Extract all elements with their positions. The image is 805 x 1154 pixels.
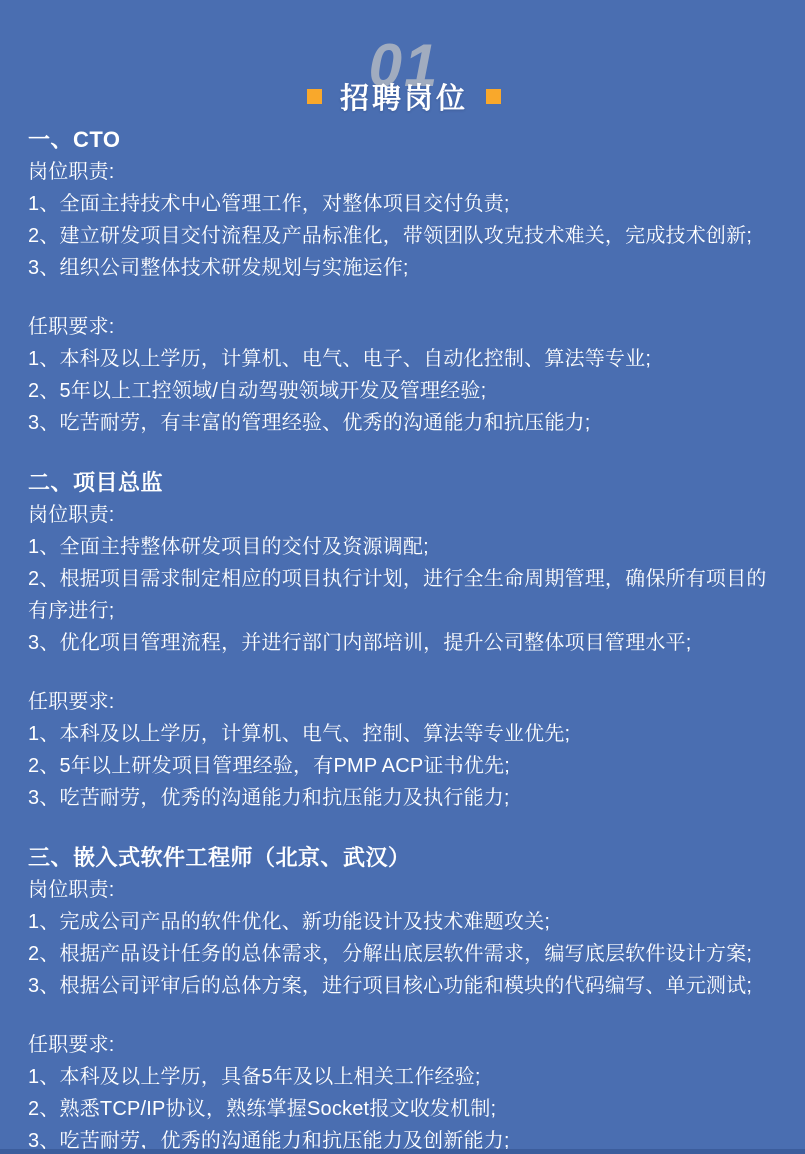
job-heading: 二、项目总监 <box>28 467 780 499</box>
page-title: 招聘岗位 <box>340 76 468 117</box>
duties-block: 岗位职责: 1、完成公司产品的软件优化、新功能设计及技术难题攻关; 2、根据产品… <box>28 874 780 1002</box>
bottom-edge-strip <box>0 1149 805 1154</box>
title-row: 招聘岗位 <box>28 76 780 117</box>
requirements-label: 任职要求: <box>28 311 780 343</box>
requirement-item: 3、吃苦耐劳，有丰富的管理经验、优秀的沟通能力和抗压能力; <box>28 407 780 439</box>
job-section-project-director: 二、项目总监 岗位职责: 1、全面主持整体研发项目的交付及资源调配; 2、根据项… <box>28 467 780 814</box>
duty-item: 2、根据产品设计任务的总体需求，分解出底层软件需求，编写底层软件设计方案; <box>28 938 780 970</box>
duty-item: 3、优化项目管理流程，并进行部门内部培训，提升公司整体项目管理水平; <box>28 627 780 659</box>
requirement-item: 3、吃苦耐劳，优秀的沟通能力和抗压能力及执行能力; <box>28 782 780 814</box>
requirement-item: 1、本科及以上学历，计算机、电气、控制、算法等专业优先; <box>28 718 780 750</box>
job-heading: 三、嵌入式软件工程师（北京、武汉） <box>28 842 780 874</box>
duty-item: 1、全面主持技术中心管理工作，对整体项目交付负责; <box>28 188 780 220</box>
duty-item: 2、根据项目需求制定相应的项目执行计划，进行全生命周期管理，确保所有项目的有序进… <box>28 563 780 627</box>
duties-label: 岗位职责: <box>28 156 780 188</box>
requirement-item: 2、5年以上工控领域/自动驾驶领域开发及管理经验; <box>28 375 780 407</box>
poster-header: 01 招聘岗位 <box>28 0 780 118</box>
requirement-item: 2、5年以上研发项目管理经验，有PMP ACP证书优先; <box>28 750 780 782</box>
duties-block: 岗位职责: 1、全面主持技术中心管理工作，对整体项目交付负责; 2、建立研发项目… <box>28 156 780 284</box>
requirements-block: 任职要求: 1、本科及以上学历，计算机、电气、控制、算法等专业优先; 2、5年以… <box>28 686 780 814</box>
duty-item: 3、根据公司评审后的总体方案，进行项目核心功能和模块的代码编写、单元测试; <box>28 970 780 1002</box>
requirement-item: 1、本科及以上学历，计算机、电气、电子、自动化控制、算法等专业; <box>28 343 780 375</box>
requirements-label: 任职要求: <box>28 686 780 718</box>
duties-label: 岗位职责: <box>28 874 780 906</box>
duties-label: 岗位职责: <box>28 499 780 531</box>
duty-item: 1、全面主持整体研发项目的交付及资源调配; <box>28 531 780 563</box>
requirement-item: 2、熟悉TCP/IP协议，熟练掌握Socket报文收发机制; <box>28 1093 780 1125</box>
requirements-block: 任职要求: 1、本科及以上学历，具备5年及以上相关工作经验; 2、熟悉TCP/I… <box>28 1029 780 1154</box>
job-section-cto: 一、CTO 岗位职责: 1、全面主持技术中心管理工作，对整体项目交付负责; 2、… <box>28 124 780 439</box>
duty-item: 3、组织公司整体技术研发规划与实施运作; <box>28 252 780 284</box>
title-accent-square-left-icon <box>307 89 322 104</box>
requirement-item: 1、本科及以上学历，具备5年及以上相关工作经验; <box>28 1061 780 1093</box>
title-accent-square-right-icon <box>486 89 501 104</box>
duty-item: 1、完成公司产品的软件优化、新功能设计及技术难题攻关; <box>28 906 780 938</box>
job-heading: 一、CTO <box>28 124 780 156</box>
requirements-label: 任职要求: <box>28 1029 780 1061</box>
poster-content: 01 招聘岗位 一、CTO 岗位职责: 1、全面主持技术中心管理工作，对整体项目… <box>0 0 805 1154</box>
job-section-embedded-engineer: 三、嵌入式软件工程师（北京、武汉） 岗位职责: 1、完成公司产品的软件优化、新功… <box>28 842 780 1154</box>
requirements-block: 任职要求: 1、本科及以上学历，计算机、电气、电子、自动化控制、算法等专业; 2… <box>28 311 780 439</box>
duty-item: 2、建立研发项目交付流程及产品标准化，带领团队攻克技术难关，完成技术创新; <box>28 220 780 252</box>
duties-block: 岗位职责: 1、全面主持整体研发项目的交付及资源调配; 2、根据项目需求制定相应… <box>28 499 780 659</box>
